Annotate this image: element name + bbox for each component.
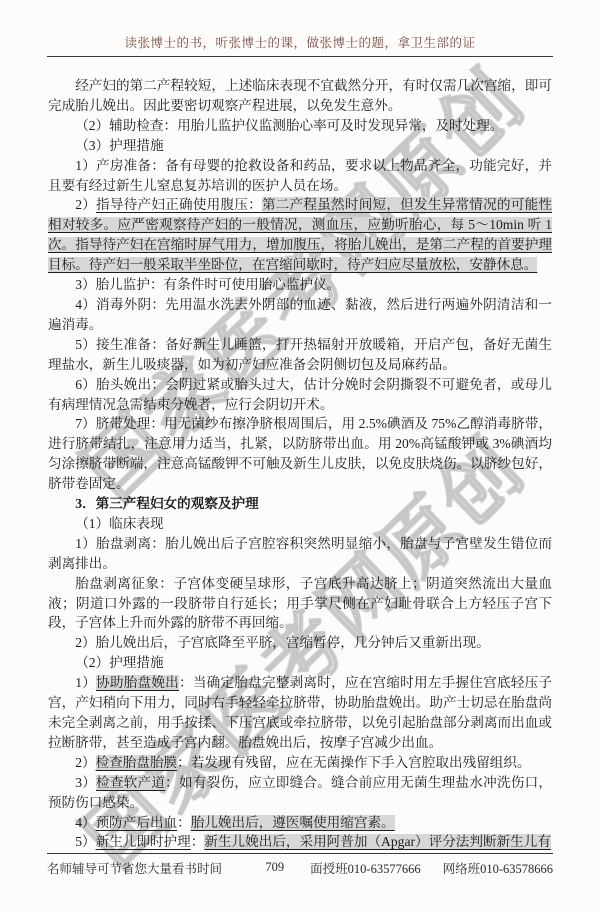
paragraph: （2）护理措施 — [48, 653, 552, 673]
paragraph: 2）胎儿娩出后，子宫底降至平脐，宫缩暂停，几分钟后又重新出现。 — [48, 633, 552, 653]
text-segment: 2） — [75, 197, 96, 212]
paragraph: （2）辅助检查：用胎儿监护仪监测胎心率可及时发现异常，及时处理。 — [48, 116, 552, 136]
text-segment: 6）胎头娩出：会阴过紧或胎头过大，估计分娩时会阴撕裂不可避免者，或母儿有病理情况… — [48, 377, 552, 412]
paragraph: 2）指导待产妇正确使用腹压：第二产程虽然时间短，但发生异常情况的可能性相对较多。… — [48, 195, 552, 275]
paragraph: 5）新生儿即时护理：新生儿娩出后，采用阿普加（Apgar）评分法判断新生儿有 — [48, 832, 552, 852]
paragraph: 6）胎头娩出：会阴过紧或胎头过大，估计分娩时会阴撕裂不可避免者，或母儿有病理情况… — [48, 375, 552, 415]
text-segment: 7）脐带处理：用无菌纱布擦净脐根周围后，用 2.5%碘酒及 75%乙醇消毒脐带，… — [48, 416, 552, 491]
footer-page-number: 709 — [265, 860, 284, 875]
paragraph: 2）检查胎盘胎膜：若发现有残留，应在无菌操作下手入宫腔取出残留组织。 — [48, 753, 552, 773]
text-segment: 预防产后出血 — [96, 815, 178, 830]
text-segment: 2）胎儿娩出后，子宫底降至平脐，宫缩暂停，几分钟后又重新出现。 — [75, 635, 490, 650]
text-segment: 检查软产道 — [96, 775, 165, 790]
text-segment: ： — [177, 815, 191, 830]
paragraph: 4）消毒外阴：先用温水洗去外阴部的血迹、黏液，然后进行两遍外阴清洁和一遍消毒。 — [48, 295, 552, 335]
paragraph: （1）临床表现 — [48, 514, 552, 534]
text-segment: 5）接生准备：备好新生儿睡篮，打开热辐射开放暖箱，开启产包，备好无菌生理盐水，新… — [48, 337, 552, 372]
text-segment: 4） — [75, 815, 95, 830]
text-segment: 1）胎盘剥离：胎儿娩出后子宫腔容积突然明显缩小，胎盘与子宫壁发生错位而剥离排出。 — [48, 536, 552, 571]
text-segment: 1）产房准备：备有母婴的抢救设备和药品，要求以上物品齐全，功能完好，并且要有经过… — [48, 158, 552, 193]
text-segment: （2）护理措施 — [75, 655, 163, 670]
text-segment: 指导待产妇正确使用腹压： — [96, 197, 262, 212]
paragraph: 1）协助胎盘娩出：当确定胎盘完整剥离时，应在宫缩时用左手握住宫底轻压子宫，产妇稍… — [48, 673, 552, 753]
paragraph: 胎盘剥离征象：子宫体变硬呈球形，子宫底升高达脐上；阴道突然流出大量血液；阴道口外… — [48, 574, 552, 634]
text-segment: ： — [191, 834, 205, 849]
paragraph: 3）胎儿监护：有条件时可使用胎心监护仪。 — [48, 275, 552, 295]
header-slogan: 读张博士的书，听张博士的课，做张博士的题，拿卫生部的证 — [48, 33, 552, 51]
paragraph: 1）胎盘剥离：胎儿娩出后子宫腔容积突然明显缩小，胎盘与子宫壁发生错位而剥离排出。 — [48, 534, 552, 574]
text-segment: （2）辅助检查：用胎儿监护仪监测胎心率可及时发现异常，及时处理。 — [75, 118, 503, 133]
paragraph: 1）产房准备：备有母婴的抢救设备和药品，要求以上物品齐全，功能完好，并且要有经过… — [48, 156, 552, 196]
text-segment: 检查胎盘胎膜 — [96, 755, 178, 770]
text-segment: 3．第三产程妇女的观察及护理 — [75, 496, 259, 511]
text-segment: 5） — [75, 834, 95, 849]
paragraph: 经产妇的第二产程较短，上述临床表现不宜截然分开，有时仅需几次宫缩，即可完成胎儿娩… — [48, 76, 552, 116]
text-segment: 1） — [75, 675, 96, 690]
paragraph: 7）脐带处理：用无菌纱布擦净脐根周围后，用 2.5%碘酒及 75%乙醇消毒脐带，… — [48, 414, 552, 494]
text-segment: 协助胎盘娩出 — [96, 675, 179, 690]
text-segment: 经产妇的第二产程较短，上述临床表现不宜截然分开，有时仅需几次宫缩，即可完成胎儿娩… — [48, 78, 552, 113]
text-segment: 新生儿娩出后，采用阿普加（Apgar）评分法判断新生儿有 — [204, 834, 551, 849]
text-segment: ：若发现有残留，应在无菌操作下手入宫腔取出残留组织。 — [177, 755, 530, 770]
footer-phone-onsite: 面授班010-63577666 — [310, 859, 420, 877]
text-segment: 3）胎儿监护：有条件时可使用胎心监护仪。 — [75, 277, 340, 292]
document-body: 经产妇的第二产程较短，上述临床表现不宜截然分开，有时仅需几次宫缩，即可完成胎儿娩… — [48, 76, 552, 852]
paragraph: 3．第三产程妇女的观察及护理 — [48, 494, 552, 514]
header-divider — [47, 56, 553, 57]
footer-phone-online: 网络班010-63578666 — [443, 859, 553, 877]
text-segment: 4）消毒外阴：先用温水洗去外阴部的血迹、黏液，然后进行两遍外阴清洁和一遍消毒。 — [48, 297, 552, 332]
paragraph: 5）接生准备：备好新生儿睡篮，打开热辐射开放暖箱，开启产包，备好无菌生理盐水，新… — [48, 335, 552, 375]
paragraph: 4）预防产后出血：胎儿娩出后，遵医嘱使用缩宫素。 — [48, 813, 552, 833]
text-segment: 2） — [75, 755, 95, 770]
paragraph: 3）检查软产道：如有裂伤，应立即缝合。缝合前应用无菌生理盐水冲洗伤口，预防伤口感… — [48, 773, 552, 813]
paragraph: （3）护理措施 — [48, 136, 552, 156]
text-segment: 新生儿即时护理 — [96, 834, 191, 849]
footer-slogan: 名师辅导可节省您大量看书时间 — [47, 859, 265, 877]
page-footer: 名师辅导可节省您大量看书时间 709 面授班010-63577666 网络班01… — [47, 853, 553, 877]
text-segment: （1）临床表现 — [75, 516, 163, 531]
text-segment: 胎儿娩出后，遵医嘱使用缩宫素。 — [191, 815, 395, 830]
text-segment: 胎盘剥离征象：子宫体变硬呈球形，子宫底升高达脐上；阴道突然流出大量血液；阴道口外… — [48, 576, 552, 631]
text-segment: 3） — [75, 775, 96, 790]
text-segment: （3）护理措施 — [75, 138, 163, 153]
